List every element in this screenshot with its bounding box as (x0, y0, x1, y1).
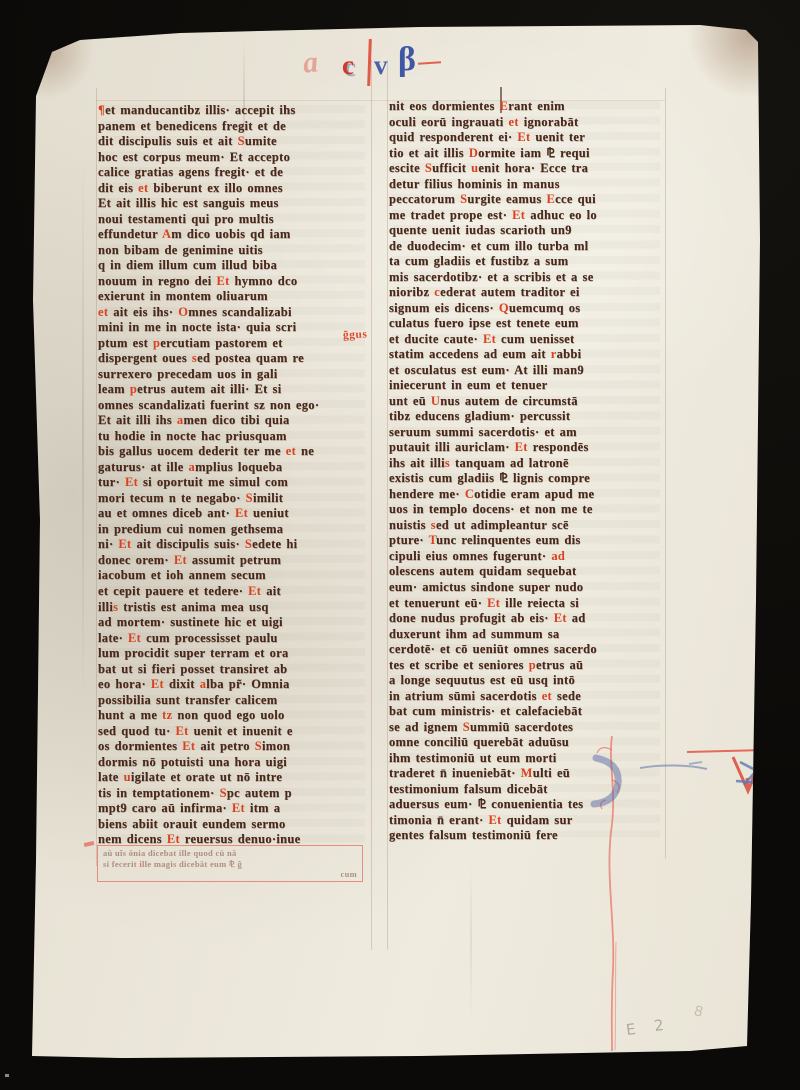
text-line: lum procidit super terram et ora (98, 646, 370, 662)
text-line: leam petrus autem ait illi· Et si (98, 382, 370, 398)
text-line: ptum est percutiam pastorem et (98, 336, 370, 352)
text-line: os dormientes Et ait petro Simon (98, 739, 370, 755)
text-line: tes et scribe et seniores petrus aū (389, 658, 665, 674)
correction-line: cum (103, 869, 357, 880)
text-line: peccatorum Surgite eamus Ecce qui (389, 192, 665, 208)
text-line: quente uenit iudas scarioth un9 (389, 223, 665, 239)
text-line: se ad ignem Summiū sacerdotes (389, 720, 665, 736)
text-line: dormis nō potuisti una hora uigi (98, 755, 370, 771)
running-header-letter-s: β (398, 41, 416, 79)
text-line: nouum in regno dei Et hymno dco (98, 274, 370, 290)
text-line: nit eos dormientes Erant enim (389, 99, 665, 115)
ruling-line (387, 60, 388, 950)
text-line: mori tecum n te negabo· Similit (98, 491, 370, 507)
text-line: cerdotē· et cō ueniūt omnes sacerdo (389, 642, 665, 658)
text-line: done nudus profugit ab eis· Et ad (389, 611, 665, 627)
text-line: pture· Tunc relinquentes eum dis (389, 533, 665, 549)
text-line: in predium cui nomen gethsema (98, 522, 370, 538)
red-penwork-line-2 (615, 942, 616, 1050)
text-line: et ducite caute· Et cum uenisset (389, 332, 665, 348)
text-line: et ait eis ihs· Omnes scandalizabi (98, 305, 370, 321)
text-line: biens abiit orauit eundem sermo (98, 817, 370, 833)
text-line: bat ut si fieri posset transiret ab (98, 662, 370, 678)
text-line: non bibam de genimine uitis (98, 243, 370, 259)
text-line: eum· amictus sindone super nudo (389, 580, 665, 596)
ruling-line (96, 88, 97, 866)
ruling-line (371, 60, 372, 950)
text-line: mini in me in nocte ista· quia scri (98, 320, 370, 336)
text-line: ¶et manducantibz illis· accepit ihs (98, 103, 370, 119)
text-line: culatus fuero ipse est tenete eum (389, 316, 665, 332)
pencil-mark: 8 (692, 1003, 705, 1021)
text-line: ta cum gladiis et fustibz a sum (389, 254, 665, 270)
text-line: hendere me· Cotidie eram apud me (389, 487, 665, 503)
running-header-red-flourish (418, 61, 441, 65)
blue-x-scribble (736, 757, 776, 785)
text-line: bat cum ministris· et calefaciebāt (389, 704, 665, 720)
text-line: unt eū Unus autem de circumstā (389, 394, 665, 410)
text-line: effundetur Am dico uobis qd iam (98, 227, 370, 243)
text-line: hoc est corpus meum· Et accepto (98, 150, 370, 166)
text-line: donec orem· Et assumit petrum (98, 553, 370, 569)
text-line: detur filius hominis in manus (389, 177, 665, 193)
text-line: cipuli eius omnes fugerunt· ad (389, 549, 665, 565)
text-line: dit discipulis suis et ait Sumite (98, 134, 370, 150)
red-edge-line (687, 750, 764, 752)
text-line: signum eis dicens· Quemcumq os (389, 301, 665, 317)
backdrop-speck (5, 1074, 9, 1077)
text-line: tibz educens gladium· percussit (389, 409, 665, 425)
text-line: illis tristis est anima mea usq (98, 600, 370, 616)
text-line: au et omnes diceb ant· Et ueniut (98, 506, 370, 522)
text-line: statim accedens ad eum ait rabbi (389, 347, 665, 363)
text-line: Et ait illi ihs amen dico tibi quia (98, 413, 370, 429)
text-line: exierunt in montem oliuarum (98, 289, 370, 305)
text-line: calice gratias agens fregit· et de (98, 165, 370, 181)
photo-backdrop: a c v β ¶et manducantibz illis· accepit … (0, 0, 800, 1090)
text-line: a longe sequutus est eū usq intō (389, 673, 665, 689)
text-line: putauit illi auriclam· Et respondēs (389, 440, 665, 456)
text-line: traderet n̄ inueniebāt· Multi eū (389, 766, 665, 782)
text-line: de duodecim· et cum illo turba ml (389, 239, 665, 255)
text-line: tur· Et si oportuit me simul com (98, 475, 370, 491)
text-line: late uigilate et orate ut nō intre (98, 770, 370, 786)
text-line: bis gallus uocem dederit ter me et ne (98, 444, 370, 460)
running-header-letter-c: c (342, 50, 354, 81)
text-line: panem et benedicens fregit et de (98, 119, 370, 135)
correction-box: aū uĩs ōnia dicebat ille quod cū nāsi fe… (97, 845, 363, 882)
red-v-mark (733, 757, 762, 791)
text-line: possibilia sunt transfer calicem (98, 693, 370, 709)
text-line: omne conciliū querebāt aduūsu (389, 735, 665, 751)
text-line: dit eis et biberunt ex illo omnes (98, 181, 370, 197)
text-line: noui testamenti qui pro multis (98, 212, 370, 228)
text-line: aduersus eum· ⅊ conuenientia tes (389, 797, 665, 813)
correction-line: si fecerit ille magis dicebāt eum ⅊ g̃ (103, 859, 357, 870)
pencil-inventory-note: E 2 (625, 1015, 672, 1039)
correction-red-tick (84, 841, 95, 847)
text-line: et osculatus est eum· At illi man9 (389, 363, 665, 379)
text-line: escite Sufficit uenit hora· Ecce tra (389, 161, 665, 177)
text-line: q in diem illum cum illud biba (98, 258, 370, 274)
text-line: et cepit pauere et tedere· Et ait (98, 584, 370, 600)
text-line: testimonium falsum dicebāt (389, 782, 665, 798)
running-header-offset-letter: a (301, 45, 319, 80)
text-line: oculi eorū ingrauati et ignorabāt (389, 115, 665, 131)
text-line: sed quod tu· Et uenit et inuenit e (98, 724, 370, 740)
correction-line: aū uĩs ōnia dicebat ille quod cū nā (103, 848, 357, 859)
parchment-vein (470, 860, 472, 1020)
text-line: nuistis sed ut adimpleantur scē (389, 518, 665, 534)
ruling-line (665, 88, 666, 858)
text-line: olescens autem quidam sequebat (389, 564, 665, 580)
text-column-right: nit eos dormientes Erant enimoculi eorū … (389, 99, 665, 844)
text-line: hunt a me tz non quod ego uolo (98, 708, 370, 724)
intercolumn-red-gloss: g̃gus (343, 328, 368, 341)
text-line: iniecerunt in eum et tenuer (389, 378, 665, 394)
running-header-letter-v: v (374, 50, 388, 81)
correction-lines: aū uĩs ōnia dicebat ille quod cū nāsi fe… (103, 848, 357, 869)
text-line: quid responderent ei· Et uenit ter (389, 130, 665, 146)
blue-small-mark (689, 762, 702, 764)
text-column-left: ¶et manducantibz illis· accepit ihspanem… (98, 103, 370, 848)
text-line: tu hodie in nocte hac priusquam (98, 429, 370, 445)
text-line: duxerunt ihm ad summum sa (389, 627, 665, 643)
text-line: iacobum et ioh annem secum (98, 568, 370, 584)
text-line: late· Et cum processisset paulu (98, 631, 370, 647)
text-line: dispergent oues sed postea quam re (98, 351, 370, 367)
parchment-vein (82, 150, 84, 710)
text-line: timonia n̄ erant· Et quidam sur (389, 813, 665, 829)
text-line: tis in temptationem· Spc autem p (98, 786, 370, 802)
text-line: me tradet prope est· Et adhuc eo lo (389, 208, 665, 224)
manuscript-leaf: a c v β ¶et manducantibz illis· accepit … (0, 0, 800, 1090)
text-line: in atrium sūmi sacerdotis et sede (389, 689, 665, 705)
text-line: surrexero precedam uos in gali (98, 367, 370, 383)
text-line: mpt9 caro aū infirma· Et itm a (98, 801, 370, 817)
text-line: Et ait illis hic est sanguis meus (98, 196, 370, 212)
text-line: eo hora· Et dixit alba pr̃· Omnia (98, 677, 370, 693)
text-line: ad mortem· sustinete hic et uigi (98, 615, 370, 631)
text-line: omnes scandalizati fuerint sz non ego· (98, 398, 370, 414)
text-line: ni· Et ait discipulis suis· Sedete hi (98, 537, 370, 553)
text-line: seruum summi sacerdotis· et am (389, 425, 665, 441)
text-line: gaturus· at ille amplius loqueba (98, 460, 370, 476)
text-line: ihm testimoniū ut eum morti (389, 751, 665, 767)
text-line: existis cum gladiis ⅊ lignis compre (389, 471, 665, 487)
text-line: nioribz cederat autem traditor ei (389, 285, 665, 301)
text-line: ihs ait illis tanquam ad latronē (389, 456, 665, 472)
text-line: et tenuerunt eū· Et ille reiecta si (389, 596, 665, 612)
text-line: gentes falsum testimoniū fere (389, 828, 665, 844)
text-line: tio et ait illis Dormite iam ⅊ requi (389, 146, 665, 162)
text-line: mis sacerdotibz· et a scribis et a se (389, 270, 665, 286)
text-line: uos in templo docens· et non me te (389, 502, 665, 518)
